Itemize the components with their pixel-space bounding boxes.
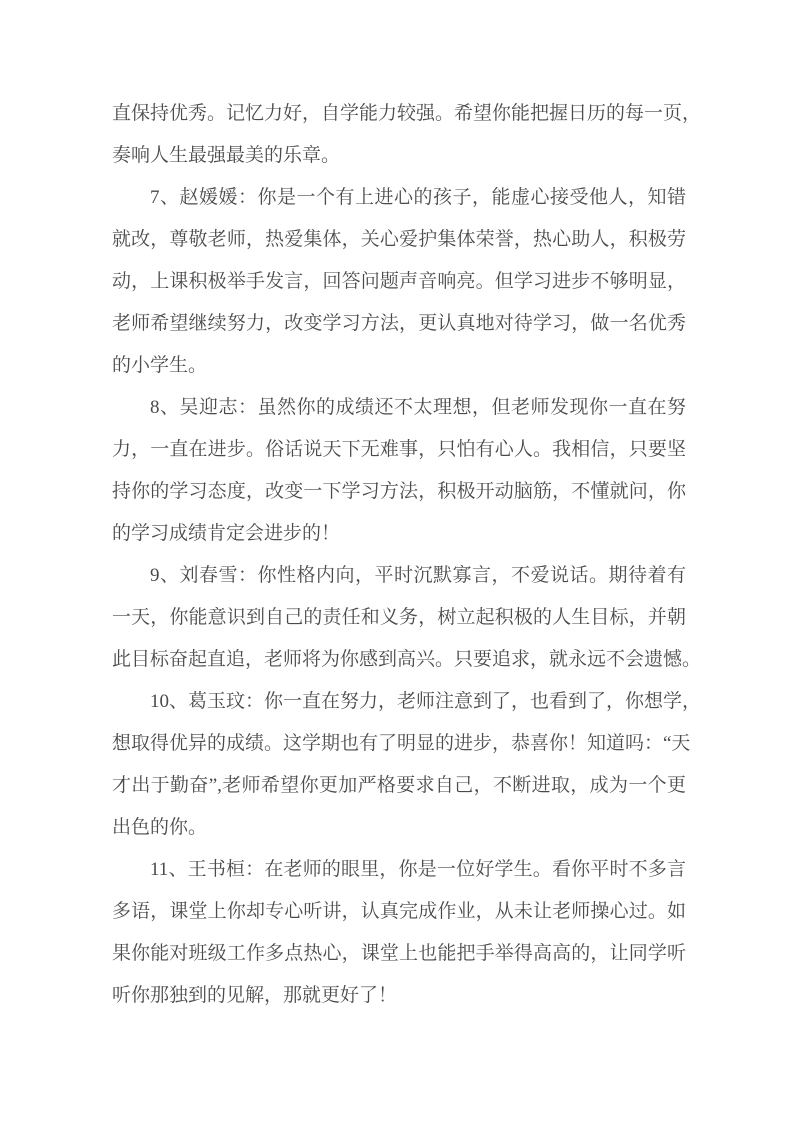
text-line: 此目标奋起直追，老师将为你感到高兴。只要追求，就永远不会遗憾。: [112, 639, 686, 681]
text-line: 的学习成绩肯定会进步的！: [112, 513, 686, 555]
text-line: 一天，你能意识到自己的责任和义务，树立起积极的人生目标，并朝: [112, 597, 686, 639]
document-page: 直保持优秀。记忆力好，自学能力较强。希望你能把握日历的每一页，奏响人生最强最美的…: [0, 0, 793, 1122]
paragraph-7: 7、赵媛媛：你是一个有上进心的孩子，能虚心接受他人，知错就改，尊敬老师，热爱集体…: [112, 177, 686, 387]
text-line: 的小学生。: [112, 345, 686, 387]
text-line: 力，一直在进步。俗话说天下无难事，只怕有心人。我相信，只要坚: [112, 429, 686, 471]
text-line: 10、葛玉玟：你一直在努力，老师注意到了，也看到了，你想学，: [112, 681, 686, 723]
text-line: 老师希望继续努力，改变学习方法，更认真地对待学习，做一名优秀: [112, 303, 686, 345]
text-line: 出色的你。: [112, 807, 686, 849]
text-line: 多语，课堂上你却专心听讲，认真完成作业，从未让老师操心过。如: [112, 891, 686, 933]
text-line: 动，上课积极举手发言，回答问题声音响亮。但学习进步不够明显，: [112, 261, 686, 303]
text-line: 11、王书桓：在老师的眼里，你是一位好学生。看你平时不多言: [112, 849, 686, 891]
paragraph-8: 8、吴迎志：虽然你的成绩还不太理想，但老师发现你一直在努力，一直在进步。俗话说天…: [112, 387, 686, 555]
paragraph-10: 10、葛玉玟：你一直在努力，老师注意到了，也看到了，你想学，想取得优异的成绩。这…: [112, 681, 686, 849]
text-line: 才出于勤奋”,老师希望你更加严格要求自己，不断进取，成为一个更: [112, 765, 686, 807]
text-line: 就改，尊敬老师，热爱集体，关心爱护集体荣誉，热心助人，积极劳: [112, 219, 686, 261]
text-line: 直保持优秀。记忆力好，自学能力较强。希望你能把握日历的每一页，: [112, 93, 686, 135]
text-line: 8、吴迎志：虽然你的成绩还不太理想，但老师发现你一直在努: [112, 387, 686, 429]
text-line: 持你的学习态度，改变一下学习方法，积极开动脑筋，不懂就问，你: [112, 471, 686, 513]
text-line: 想取得优异的成绩。这学期也有了明显的进步，恭喜你！知道吗：“天: [112, 723, 686, 765]
text-line: 7、赵媛媛：你是一个有上进心的孩子，能虚心接受他人，知错: [112, 177, 686, 219]
text-line: 听你那独到的见解，那就更好了！: [112, 975, 686, 1017]
text-block: 直保持优秀。记忆力好，自学能力较强。希望你能把握日历的每一页，奏响人生最强最美的…: [112, 93, 686, 1017]
text-line: 奏响人生最强最美的乐章。: [112, 135, 686, 177]
text-line: 9、刘春雪：你性格内向，平时沉默寡言，不爱说话。期待着有: [112, 555, 686, 597]
text-line: 果你能对班级工作多点热心，课堂上也能把手举得高高的，让同学听: [112, 933, 686, 975]
paragraph-continuation: 直保持优秀。记忆力好，自学能力较强。希望你能把握日历的每一页，奏响人生最强最美的…: [112, 93, 686, 177]
paragraph-9: 9、刘春雪：你性格内向，平时沉默寡言，不爱说话。期待着有一天，你能意识到自己的责…: [112, 555, 686, 681]
paragraph-11: 11、王书桓：在老师的眼里，你是一位好学生。看你平时不多言多语，课堂上你却专心听…: [112, 849, 686, 1017]
